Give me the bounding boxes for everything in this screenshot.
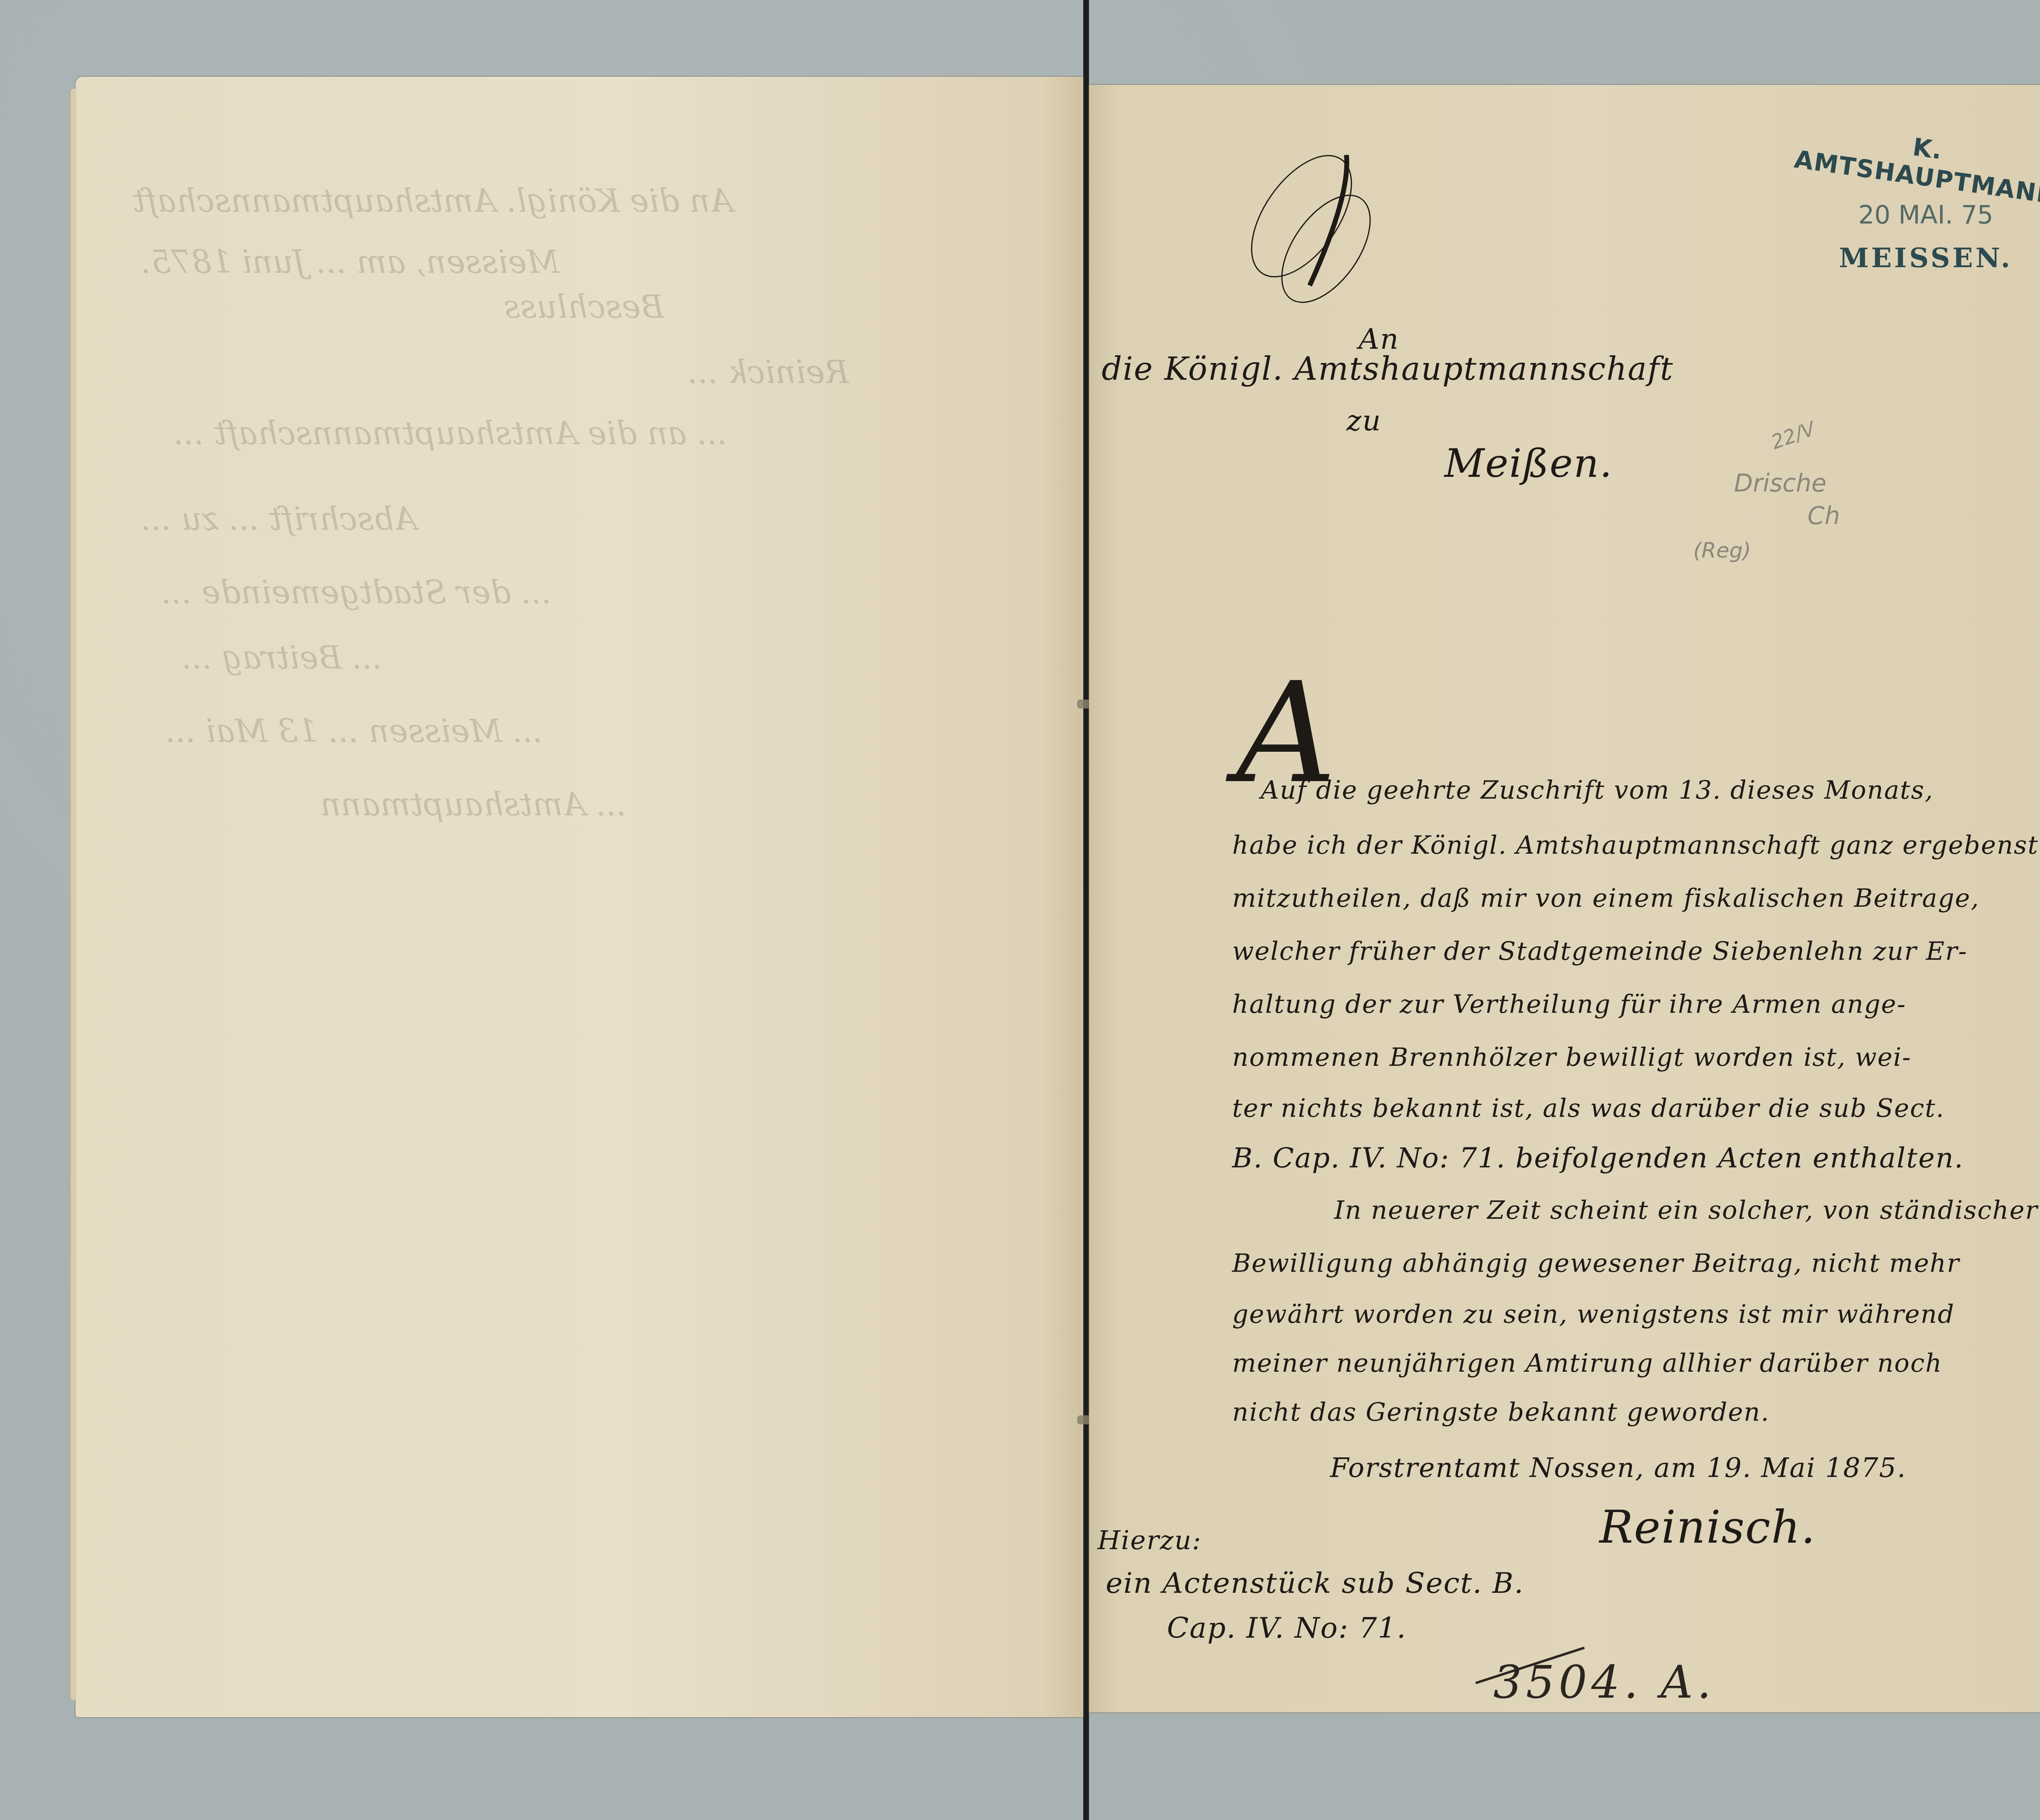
left-page: An die Königl. Amtshauptmannschaft Meiss… — [75, 77, 1083, 1717]
body-line: mitzutheilen, daß mir von einem fiskalis… — [1232, 883, 1980, 913]
address-recipient: die Königl. Amtshauptmannschaft — [1102, 351, 1674, 387]
address-city: Meißen. — [1444, 441, 1613, 486]
stamp-date: 20 MAI. 75 — [1795, 200, 2040, 230]
ghost-line: Reinick ... — [687, 354, 849, 391]
reference-number: 3504. A. — [1493, 1656, 1715, 1708]
body-line: haltung der zur Vertheilung für ihre Arm… — [1232, 989, 1906, 1019]
body-line: nicht das Geringste bekannt geworden. — [1232, 1397, 1769, 1427]
body-line: welcher früher der Stadtgemeinde Siebenl… — [1232, 936, 1967, 966]
received-stamp: K. AMTSHAUPTMANNSCHAFT 20 MAI. 75 MEISSE… — [1795, 135, 2040, 274]
flourish-initial-icon — [1224, 147, 1395, 322]
body-line: gewährt worden zu sein, wenigstens ist m… — [1232, 1299, 1955, 1329]
ghost-line: An die Königl. Amtshauptmannschaft — [133, 183, 733, 219]
book-spine — [1083, 0, 1089, 1820]
body-line: Bewilligung abhängig gewesener Beitrag, … — [1232, 1248, 1960, 1278]
enclosure-line: ein Actenstück sub Sect. B. — [1106, 1566, 1524, 1600]
body-line: Auf die geehrte Zuschrift vom 13. dieses… — [1261, 775, 1934, 805]
body-line: B. Cap. IV. No: 71. beifolgenden Acten e… — [1232, 1142, 1964, 1174]
pencil-note: (Reg) — [1693, 538, 1751, 563]
signature: Reinisch. — [1599, 1501, 1816, 1553]
pencil-name: Drische — [1734, 469, 1827, 498]
address-zu: zu — [1346, 404, 1381, 437]
ghost-line: ... Amtshauptmann — [320, 786, 626, 823]
body-line: ter nichts bekannt ist, als was darüber … — [1232, 1093, 1945, 1123]
enclosure-line: Cap. IV. No: 71. — [1167, 1611, 1407, 1645]
ghost-line: ... Beitrag ... — [182, 640, 382, 676]
body-line: habe ich der Königl. Amtshauptmannschaft… — [1232, 830, 2039, 860]
ghost-line: ... Meissen ... 13 Mai ... — [165, 713, 543, 750]
pencil-initial: Ch — [1807, 502, 1840, 530]
ghost-line: Beschluss — [504, 289, 664, 325]
body-line: In neuerer Zeit scheint ein solcher, von… — [1334, 1195, 2038, 1225]
ghost-line: Abschrift ... zu ... — [141, 501, 417, 538]
ghost-line: ... an die Amtshauptmannschaft ... — [173, 415, 727, 452]
ghost-line: Meissen, am ... Juni 1875. — [141, 244, 559, 281]
stamp-city: MEISSEN. — [1795, 242, 2040, 274]
enclosure-label: Hierzu: — [1098, 1526, 1202, 1556]
closing-place-date: Forstrentamt Nossen, am 19. Mai 1875. — [1330, 1452, 1907, 1483]
ghost-line: ... der Stadtgemeinde ... — [161, 574, 552, 611]
body-line: meiner neunjährigen Amtirung allhier dar… — [1232, 1348, 1942, 1378]
body-line: nommenen Brennhölzer bewilligt worden is… — [1232, 1042, 1911, 1072]
